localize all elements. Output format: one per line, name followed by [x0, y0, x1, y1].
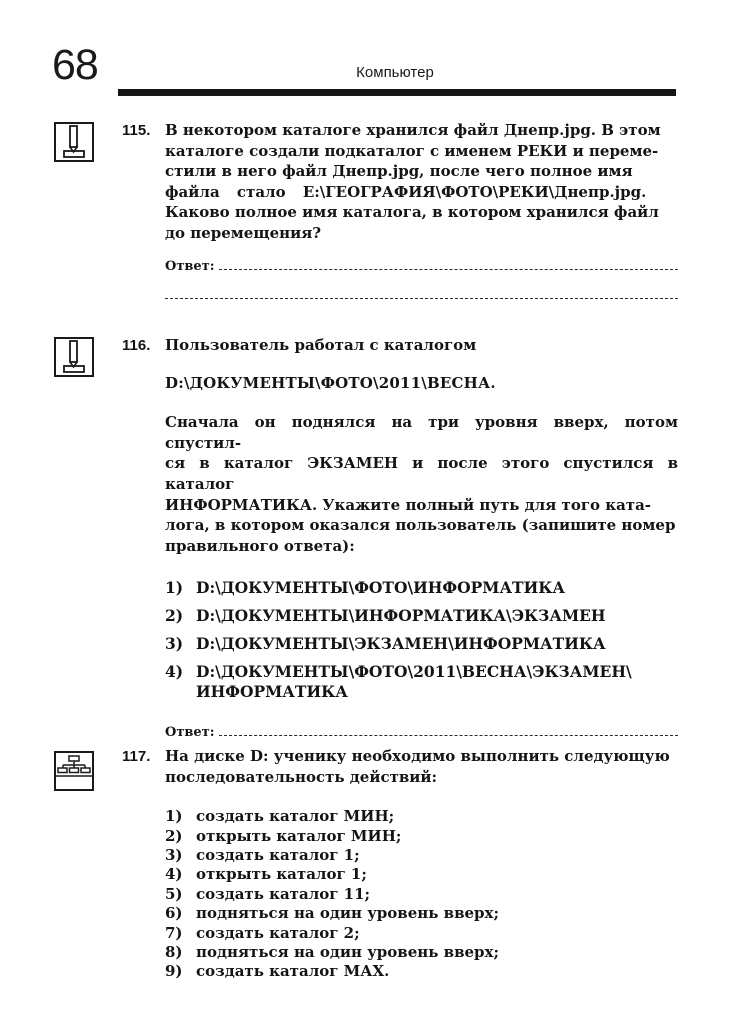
step-text: открыть каталог МИН;: [196, 827, 401, 846]
task-text: На диске D: ученику необходимо выполнить…: [165, 746, 678, 787]
option-1[interactable]: 1) D:\ДОКУМЕНТЫ\ФОТО\ИНФОРМАТИКА: [165, 578, 678, 598]
option-text: D:\ДОКУМЕНТЫ\ЭКЗАМЕН\ИНФОРМАТИКА: [196, 634, 678, 654]
step-text: подняться на один уровень вверх;: [196, 943, 499, 962]
answer-options: 1) D:\ДОКУМЕНТЫ\ФОТО\ИНФОРМАТИКА 2) D:\Д…: [165, 578, 678, 702]
text-line: до перемещения?: [165, 223, 678, 244]
option-2[interactable]: 2) D:\ДОКУМЕНТЫ\ИНФОРМАТИКА\ЭКЗАМЕН: [165, 606, 678, 626]
step-text: создать каталог МАХ.: [196, 962, 389, 981]
task-intro: Пользователь работал с каталогом: [165, 335, 678, 356]
pencil-in-box-icon: [54, 337, 94, 377]
step-number: 8): [165, 943, 196, 962]
step-item: 7)создать каталог 2;: [165, 924, 678, 943]
step-number: 2): [165, 827, 196, 846]
step-item: 6)подняться на один уровень вверх;: [165, 904, 678, 923]
option-number: 3): [165, 634, 196, 654]
header-rule: [118, 89, 676, 96]
step-number: 6): [165, 904, 196, 923]
task-text: В некотором каталоге хранился файл Днепр…: [165, 120, 678, 244]
step-item: 1)создать каталог МИН;: [165, 807, 678, 826]
step-number: 4): [165, 865, 196, 884]
step-item: 9)создать каталог МАХ.: [165, 962, 678, 981]
answer-field[interactable]: Ответ:: [165, 720, 678, 740]
option-text-line: ИНФОРМАТИКА: [196, 682, 348, 701]
option-number: 4): [165, 662, 196, 702]
text-line: ся в каталог ЭКЗАМЕН и после этого спуст…: [165, 453, 678, 494]
option-text: D:\ДОКУМЕНТЫ\ФОТО\2011\ВЕСНА\ЭКЗАМЕН\ ИН…: [196, 662, 678, 702]
task-115: 115. В некотором каталоге хранился файл …: [122, 120, 678, 299]
answer-label: Ответ:: [165, 725, 215, 740]
text-line: правильного ответа):: [165, 536, 678, 557]
step-text: создать каталог МИН;: [196, 807, 394, 826]
step-number: 5): [165, 885, 196, 904]
text-line: последовательность действий:: [165, 767, 678, 788]
hierarchy-tree-icon: [54, 751, 94, 791]
task-text: Сначала он поднялся на три уровня вверх,…: [165, 412, 678, 556]
option-number: 1): [165, 578, 196, 598]
step-item: 5)создать каталог 11;: [165, 885, 678, 904]
text-line: В некотором каталоге хранился файл Днепр…: [165, 120, 678, 141]
step-item: 3)создать каталог 1;: [165, 846, 678, 865]
answer-line[interactable]: [219, 259, 678, 270]
option-4[interactable]: 4) D:\ДОКУМЕНТЫ\ФОТО\2011\ВЕСНА\ЭКЗАМЕН\…: [165, 662, 678, 702]
step-item: 2)открыть каталог МИН;: [165, 827, 678, 846]
text-line: стили в него файл Днепр.jpg, после чего …: [165, 161, 678, 182]
task-number: 116.: [122, 335, 164, 356]
action-steps: 1)создать каталог МИН; 2)открыть каталог…: [165, 807, 678, 982]
task-116: 116. Пользователь работал с каталогом D:…: [122, 335, 678, 740]
text-line: файла стало E:\ГЕОГРАФИЯ\ФОТО\РЕКИ\Днепр…: [165, 182, 678, 203]
option-number: 2): [165, 606, 196, 626]
step-number: 7): [165, 924, 196, 943]
step-number: 9): [165, 962, 196, 981]
step-text: подняться на один уровень вверх;: [196, 904, 499, 923]
step-text: создать каталог 11;: [196, 885, 370, 904]
answer-field[interactable]: Ответ:: [165, 254, 678, 274]
answer-line-2[interactable]: [165, 297, 678, 299]
step-item: 4)открыть каталог 1;: [165, 865, 678, 884]
step-text: создать каталог 1;: [196, 846, 360, 865]
text-line: На диске D: ученику необходимо выполнить…: [165, 746, 678, 767]
step-text: создать каталог 2;: [196, 924, 360, 943]
running-title: Компьютер: [0, 64, 730, 81]
step-number: 1): [165, 807, 196, 826]
option-3[interactable]: 3) D:\ДОКУМЕНТЫ\ЭКЗАМЕН\ИНФОРМАТИКА: [165, 634, 678, 654]
answer-line[interactable]: [219, 725, 678, 736]
task-117: 117. На диске D: ученику необходимо выпо…: [122, 746, 678, 982]
text-line: Сначала он поднялся на три уровня вверх,…: [165, 412, 678, 453]
step-text: открыть каталог 1;: [196, 865, 367, 884]
option-text: D:\ДОКУМЕНТЫ\ИНФОРМАТИКА\ЭКЗАМЕН: [196, 606, 678, 626]
text-line: лога, в котором оказался пользователь (з…: [165, 515, 678, 536]
option-text: D:\ДОКУМЕНТЫ\ФОТО\ИНФОРМАТИКА: [196, 578, 678, 598]
text-line: Каково полное имя каталога, в котором хр…: [165, 202, 678, 223]
answer-label: Ответ:: [165, 259, 215, 274]
pencil-in-box-icon: [54, 122, 94, 162]
option-text-line: D:\ДОКУМЕНТЫ\ФОТО\2011\ВЕСНА\ЭКЗАМЕН\: [196, 662, 632, 681]
text-line: ИНФОРМАТИКА. Укажите полный путь для тог…: [165, 495, 678, 516]
step-item: 8)подняться на один уровень вверх;: [165, 943, 678, 962]
task-number: 117.: [122, 746, 164, 767]
task-path: D:\ДОКУМЕНТЫ\ФОТО\2011\ВЕСНА.: [165, 373, 678, 394]
step-number: 3): [165, 846, 196, 865]
text-line: каталоге создали подкаталог с именем РЕК…: [165, 141, 678, 162]
task-number: 115.: [122, 120, 164, 141]
